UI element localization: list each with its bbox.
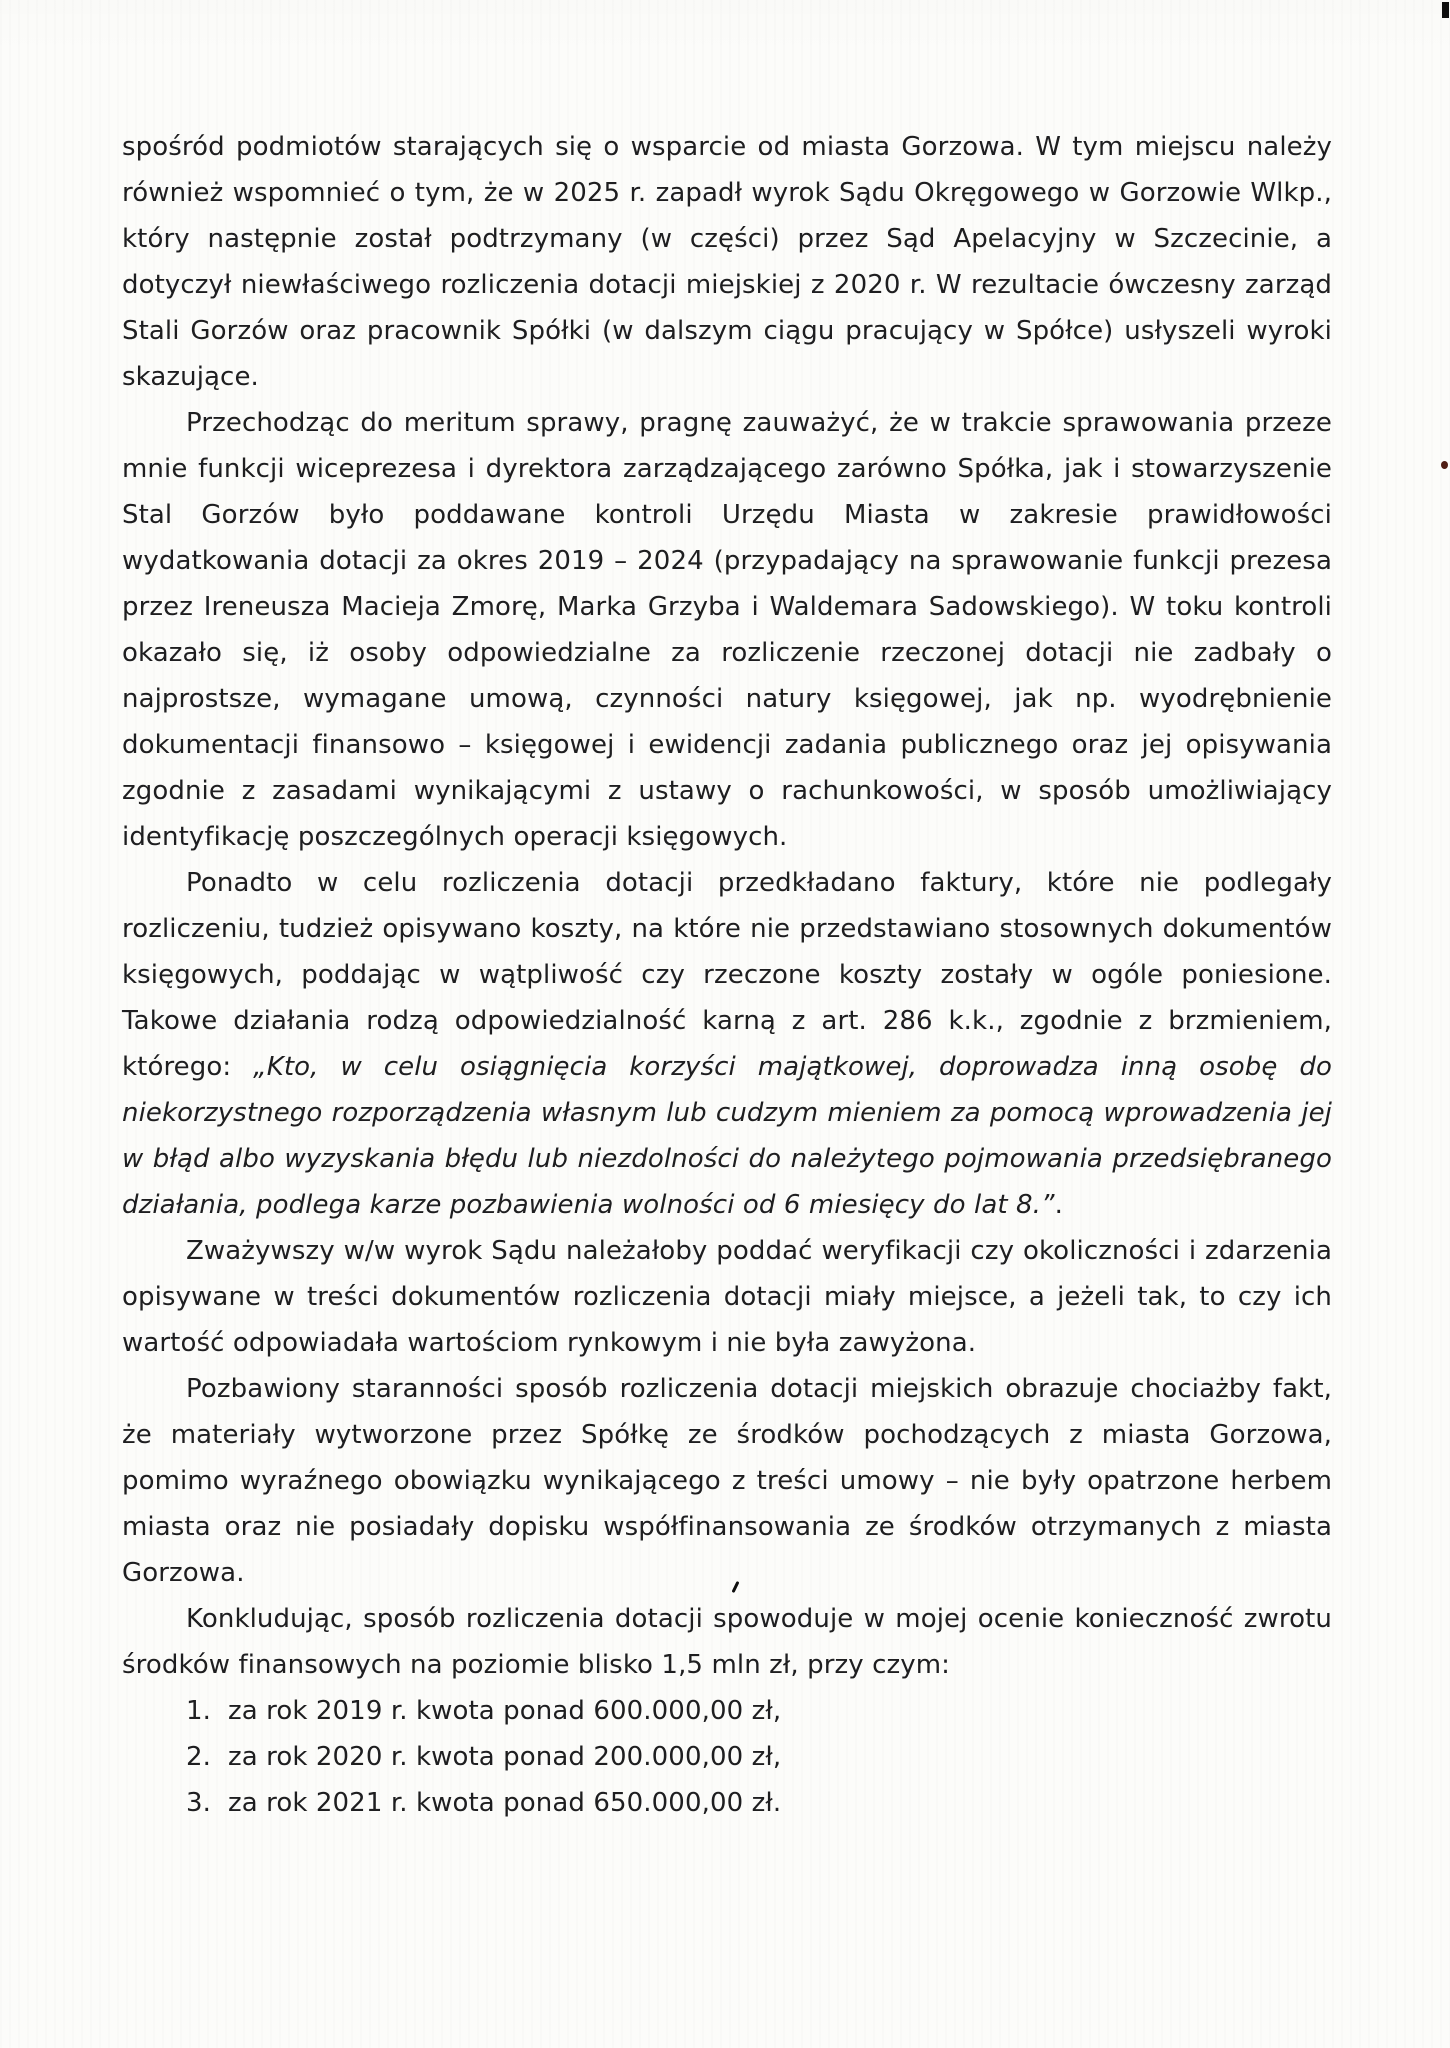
paragraph-5: Pozbawiony staranności sposób rozliczeni… bbox=[122, 1366, 1332, 1596]
scanned-document-page: spośród podmiotów starających się o wspa… bbox=[0, 0, 1450, 2048]
amounts-list: 1.za rok 2019 r. kwota ponad 600.000,00 … bbox=[122, 1688, 1332, 1826]
list-item: 3.za rok 2021 r. kwota ponad 650.000,00 … bbox=[122, 1780, 1332, 1826]
list-item-number: 2. bbox=[186, 1734, 228, 1780]
paragraph-2: Przechodząc do meritum sprawy, pragnę za… bbox=[122, 400, 1332, 860]
list-item-number: 1. bbox=[186, 1688, 228, 1734]
list-item: 1.za rok 2019 r. kwota ponad 600.000,00 … bbox=[122, 1688, 1332, 1734]
paragraph-3: Ponadto w celu rozliczenia dotacji przed… bbox=[122, 860, 1332, 1228]
paragraph-4: Zważywszy w/w wyrok Sądu należałoby podd… bbox=[122, 1228, 1332, 1366]
list-item: 2.za rok 2020 r. kwota ponad 200.000,00 … bbox=[122, 1734, 1332, 1780]
list-item-text: za rok 2019 r. kwota ponad 600.000,00 zł… bbox=[228, 1696, 781, 1726]
paragraph-6: Konkludując, sposób rozliczenia dotacji … bbox=[122, 1596, 1332, 1688]
body-text: Przechodząc do meritum sprawy, pragnę za… bbox=[122, 408, 1332, 852]
list-item-text: za rok 2020 r. kwota ponad 200.000,00 zł… bbox=[228, 1742, 781, 1772]
scan-artifact-corner-mark bbox=[1442, 2, 1449, 18]
list-item-text: za rok 2021 r. kwota ponad 650.000,00 zł… bbox=[228, 1788, 781, 1818]
body-text: Ponadto w celu rozliczenia dotacji przed… bbox=[122, 868, 1332, 1082]
body-text: Zważywszy w/w wyrok Sądu należałoby podd… bbox=[122, 1236, 1332, 1358]
paragraph-1: spośród podmiotów starających się o wspa… bbox=[122, 124, 1332, 400]
body-text: . bbox=[1055, 1190, 1063, 1220]
body-text: Konkludując, sposób rozliczenia dotacji … bbox=[122, 1604, 1332, 1680]
body-text: Pozbawiony staranności sposób rozliczeni… bbox=[122, 1374, 1332, 1588]
quoted-statute-text: „Kto, w celu osiągnięcia korzyści majątk… bbox=[122, 1052, 1332, 1220]
body-text: spośród podmiotów starających się o wspa… bbox=[122, 132, 1332, 392]
document-body: spośród podmiotów starających się o wspa… bbox=[122, 124, 1332, 1826]
list-item-number: 3. bbox=[186, 1780, 228, 1826]
scan-artifact-ink-dot bbox=[1441, 461, 1448, 469]
